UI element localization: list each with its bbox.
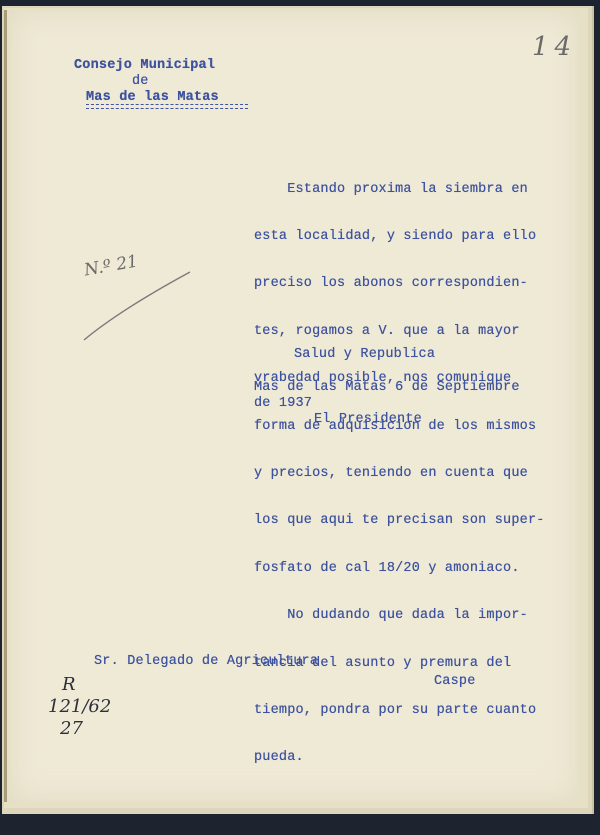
body-line: esta localidad, y siendo para ello (254, 229, 545, 245)
body-line: fosfato de cal 18/20 y amoniaco. (254, 561, 545, 577)
body-line: y precios, teniendo en cuenta que (254, 466, 545, 482)
letter-body: Estando proxima la siembra en esta local… (254, 150, 545, 798)
document-page: Consejo Municipal de Mas de las Matas 14… (10, 10, 578, 802)
flourish-stroke (80, 260, 200, 350)
page-number-annotation: 14 (532, 32, 577, 62)
body-line: No dudando que dada la impor- (254, 608, 545, 624)
letterhead-de: de (132, 74, 149, 90)
closing-salutation: Salud y Republica (294, 347, 435, 363)
archive-annotation-letter: R (48, 674, 111, 696)
date-line-year: de 1937 (254, 396, 312, 412)
archive-annotation: R 121/62 27 (48, 674, 111, 740)
letterhead: Consejo Municipal de Mas de las Matas (10, 10, 43, 89)
letterhead-council: Consejo Municipal (74, 58, 215, 74)
paper-edge (4, 10, 7, 802)
recipient-city: Caspe (434, 674, 476, 690)
archive-annotation-ref: 121/62 (48, 696, 111, 718)
date-line: Mas de las Matas 6 de Septiembre (254, 380, 520, 396)
body-line: tes, rogamos a V. que a la mayor (254, 324, 545, 340)
body-line: preciso los abonos correspondien- (254, 276, 545, 292)
body-line: Estando proxima la siembra en (254, 182, 545, 198)
body-line: tiempo, pondra por su parte cuanto (254, 703, 545, 719)
body-line: los que aqui te precisan son super- (254, 513, 545, 529)
body-line: pueda. (254, 750, 545, 766)
letterhead-underline (86, 104, 248, 109)
archive-annotation-number: 27 (48, 718, 111, 740)
signatory: El Presidente (314, 412, 422, 428)
recipient: Sr. Delegado de Agricultura (94, 654, 318, 670)
